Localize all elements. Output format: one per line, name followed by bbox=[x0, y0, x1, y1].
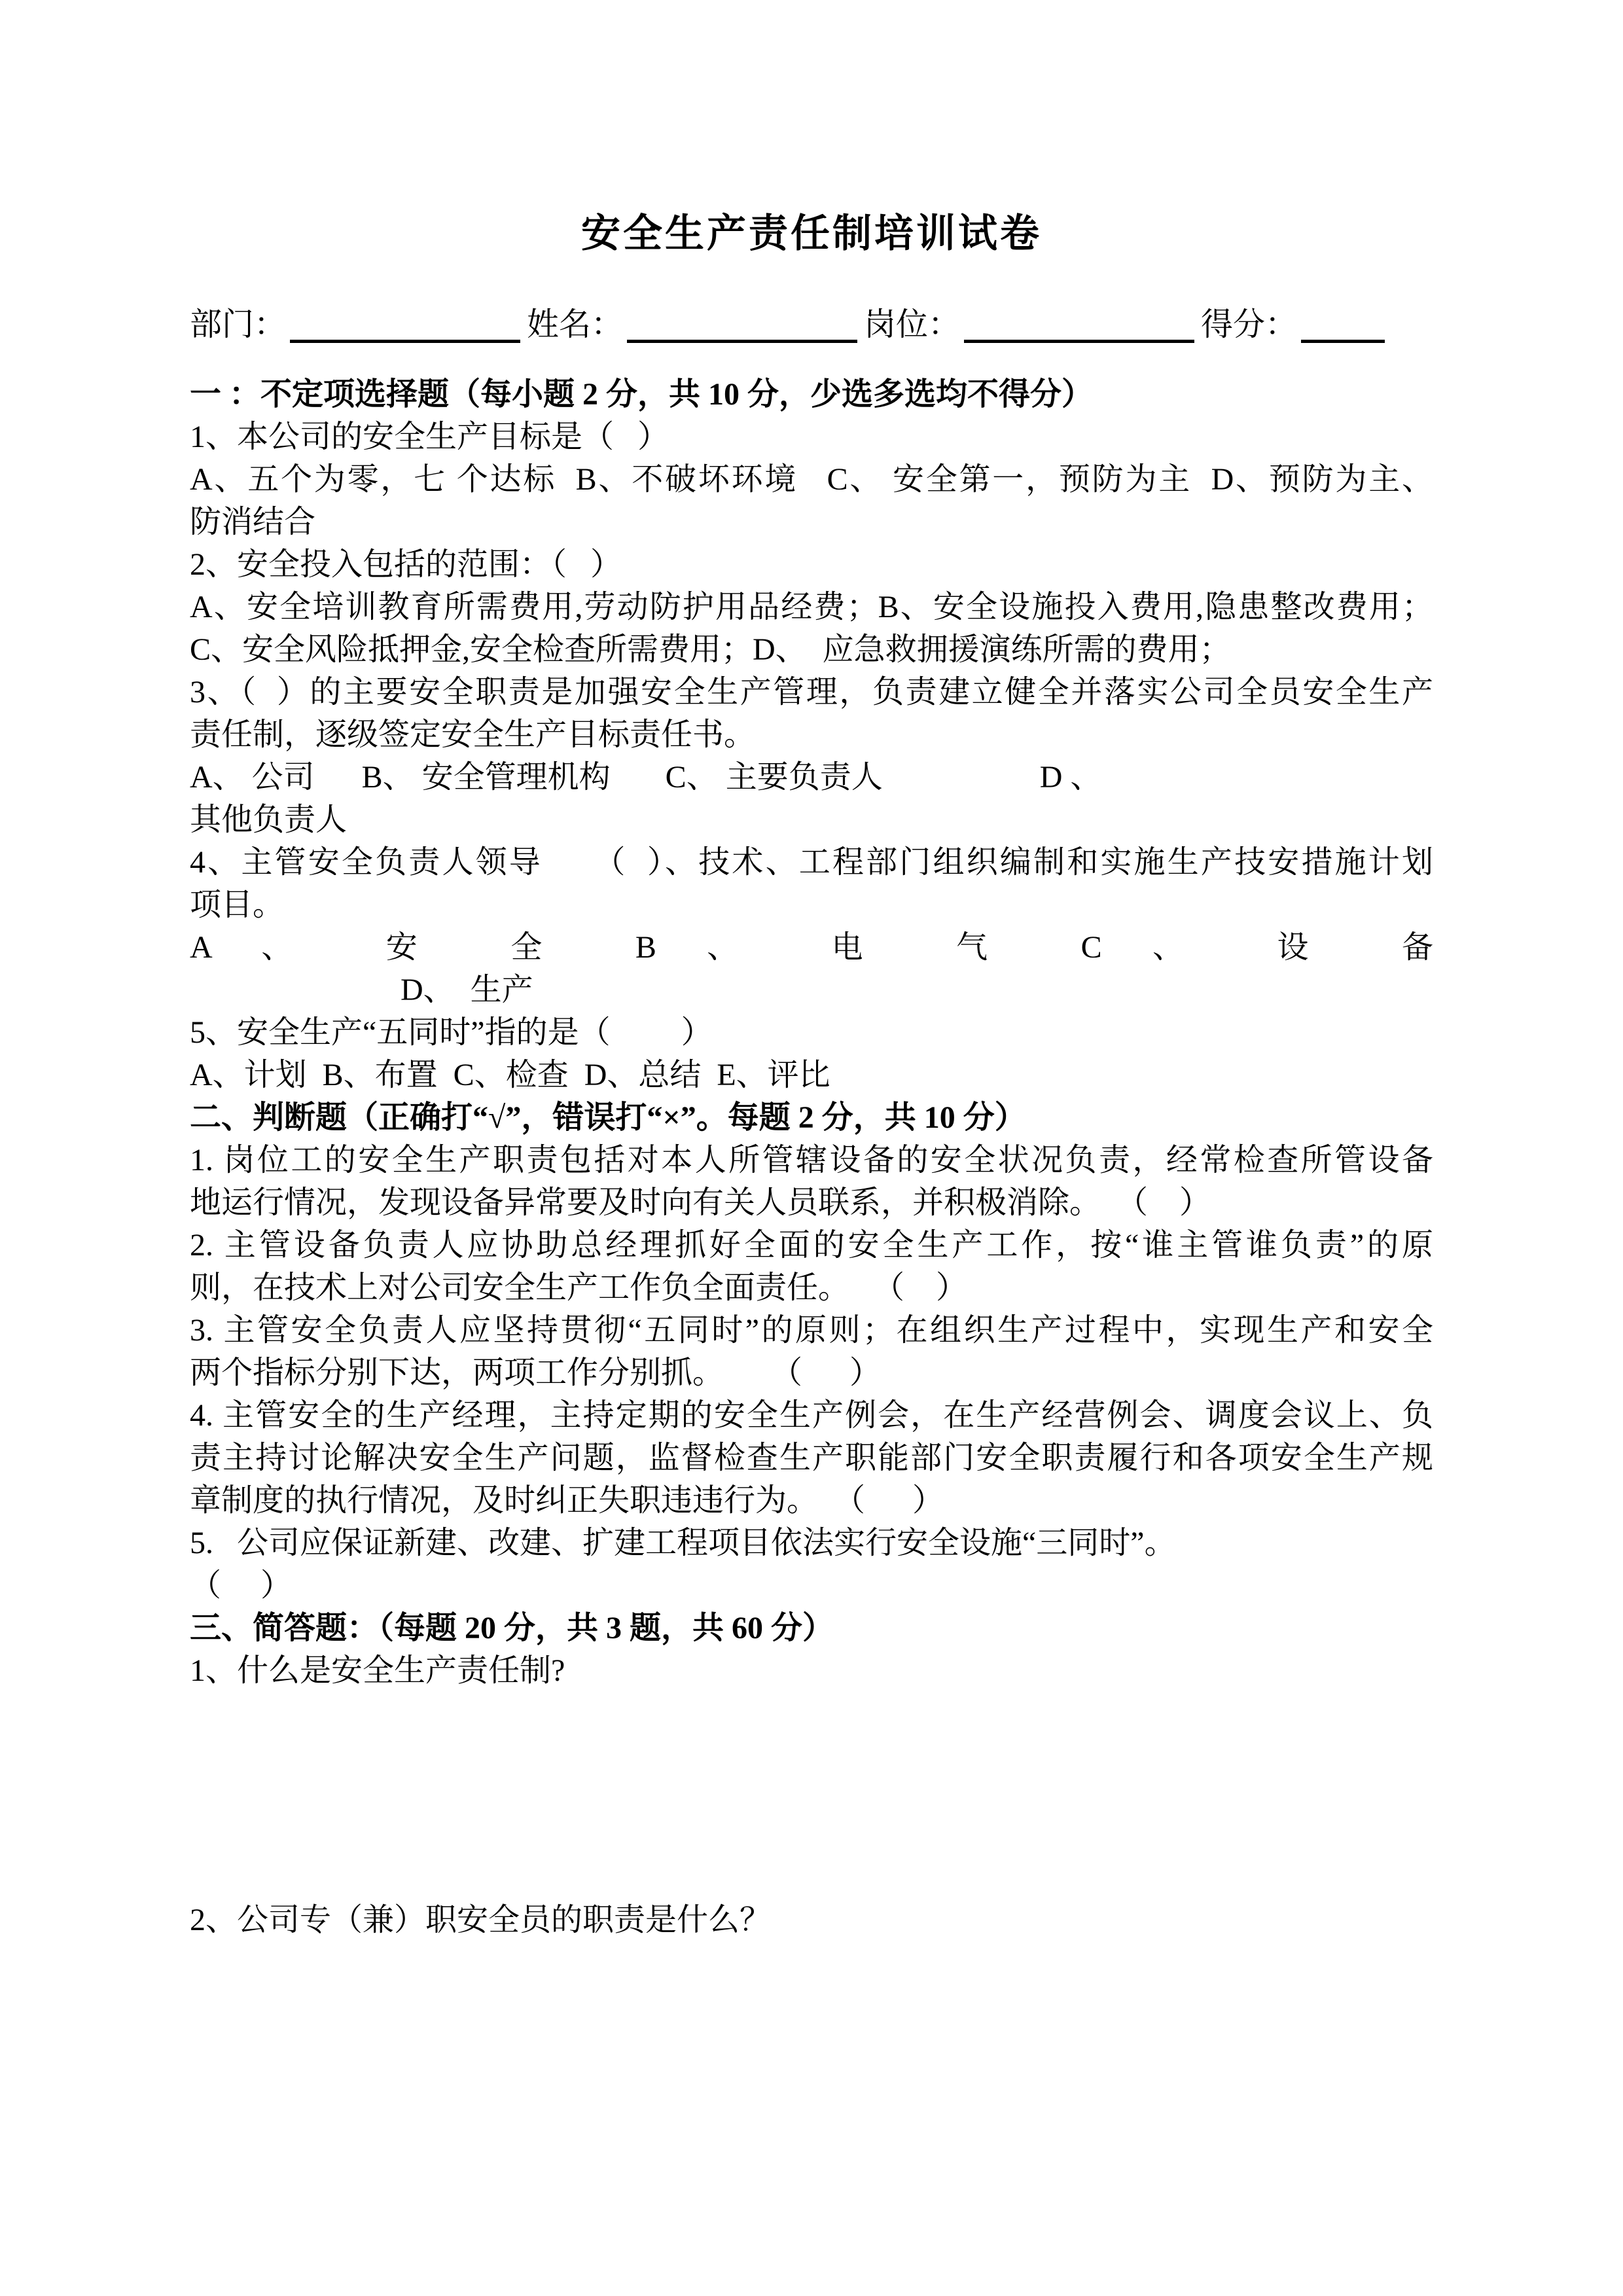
sa-q1-question: 1、什么是安全生产责任制? bbox=[190, 1649, 1433, 1692]
tf-q1-line1: 1. 岗位工的安全生产职责包括对本人所管辖设备的安全状况负责，经常检查所管设备 bbox=[190, 1139, 1433, 1181]
name-label: 姓名： bbox=[527, 306, 623, 344]
tf-q2-line2: 则，在技术上对公司安全生产工作负全面责任。 （ ） bbox=[190, 1266, 1433, 1309]
tf-q1-line2: 地运行情况，发现设备异常要及时向有关人员联系，并积极消除。 （ ） bbox=[190, 1181, 1433, 1224]
tf-q4-line3: 章制度的执行情况，及时纠正失职违违行为。 （ ） bbox=[190, 1479, 1433, 1522]
mc-q4-stem-cont: 项目。 bbox=[190, 884, 1433, 926]
mc-q4-options-abc: A 、 安 全 B 、 电 气 C 、 设 备 bbox=[190, 926, 1433, 969]
sa-q2-question: 2、公司专（兼）职安全员的职责是什么？ bbox=[190, 1899, 1433, 1941]
name-blank bbox=[627, 314, 857, 343]
mc-q4-option-d: D、 生产 bbox=[190, 969, 1433, 1011]
mc-q3-options-cont: 其他负责人 bbox=[190, 798, 1433, 841]
mc-q2-stem: 2、安全投入包括的范围：（ ） bbox=[190, 543, 1433, 586]
exam-body: 一 ：不定项选择题（每小题 2 分，共 10 分，少选多选均不得分） 1、本公司… bbox=[190, 373, 1433, 1941]
mc-q1-options-cont: 防消结合 bbox=[190, 501, 1433, 543]
tf-q2-line1: 2. 主管设备负责人应协助总经理抓好全面的安全生产工作，按“谁主管谁负责”的原 bbox=[190, 1224, 1433, 1266]
mc-q4-stem: 4、主管安全负责人领导 （ ）、技术、工程部门组织编制和实施生产技安措施计划 bbox=[190, 841, 1433, 884]
tf-q3-line1: 3. 主管安全负责人应坚持贯彻“五同时”的原则；在组织生产过程中，实现生产和安全 bbox=[190, 1309, 1433, 1352]
mc-q5-stem: 5、安全生产“五同时”指的是（ ） bbox=[190, 1011, 1433, 1054]
tf-q4-line1: 4. 主管安全的生产经理，主持定期的安全生产例会，在生产经营例会、调度会议上、负 bbox=[190, 1394, 1433, 1437]
tf-q5-answer-blank: （ ） bbox=[190, 1564, 1433, 1607]
page-title: 安全生产责任制培训试卷 bbox=[190, 213, 1433, 255]
score-label: 得分： bbox=[1201, 306, 1297, 344]
section1-heading: 一 ：不定项选择题（每小题 2 分，共 10 分，少选多选均不得分） bbox=[190, 373, 1433, 416]
section3-heading: 三、简答题：（每题 20 分，共 3 题，共 60 分） bbox=[190, 1607, 1433, 1649]
mc-q3-stem: 3、（ ）的主要安全职责是加强安全生产管理，负责建立健全并落实公司全员安全生产 bbox=[190, 671, 1433, 713]
department-label: 部门： bbox=[190, 306, 286, 344]
mc-q1-stem: 1、本公司的安全生产目标是（ ） bbox=[190, 416, 1433, 458]
mc-q2-options-cd: C、安全风险抵押金,安全检查所需费用；D、 应急救拥援演练所需的费用； bbox=[190, 628, 1433, 671]
section2-heading: 二、判断题（正确打“√”，错误打“×”。每题 2 分，共 10 分） bbox=[190, 1096, 1433, 1139]
header-fields: 部门：姓名：岗位：得分： bbox=[190, 306, 1433, 344]
tf-q5-line1: 5. 公司应保证新建、改建、扩建工程项目依法实行安全设施“三同时”。 bbox=[190, 1522, 1433, 1564]
tf-q4-line2: 责主持讨论解决安全生产问题，监督检查生产职能部门安全职责履行和各项安全生产规 bbox=[190, 1437, 1433, 1479]
exam-paper-page: 安全生产责任制培训试卷 部门：姓名：岗位：得分： 一 ：不定项选择题（每小题 2… bbox=[0, 0, 1623, 2296]
mc-q3-stem-cont: 责任制，逐级签定安全生产目标责任书。 bbox=[190, 713, 1433, 756]
mc-q5-options: A、计划 B、布置 C、检查 D、总结 E、评比 bbox=[190, 1054, 1433, 1096]
mc-q1-options: A、五个为零，七 个达标 B、不破坏环境 C、 安全第一，预防为主 D、预防为主… bbox=[190, 458, 1433, 501]
score-blank bbox=[1301, 314, 1385, 343]
tf-q3-line2: 两个指标分别下达，两项工作分别抓。 （ ） bbox=[190, 1352, 1433, 1394]
department-blank bbox=[290, 314, 520, 343]
mc-q2-options-ab: A、安全培训教育所需费用,劳动防护用品经费；B、安全设施投入费用,隐患整改费用； bbox=[190, 586, 1433, 628]
position-blank bbox=[964, 314, 1194, 343]
mc-q3-options: A、 公司 B、 安全管理机构 C、 主要负责人 D 、 bbox=[190, 756, 1433, 798]
position-label: 岗位： bbox=[864, 306, 960, 344]
